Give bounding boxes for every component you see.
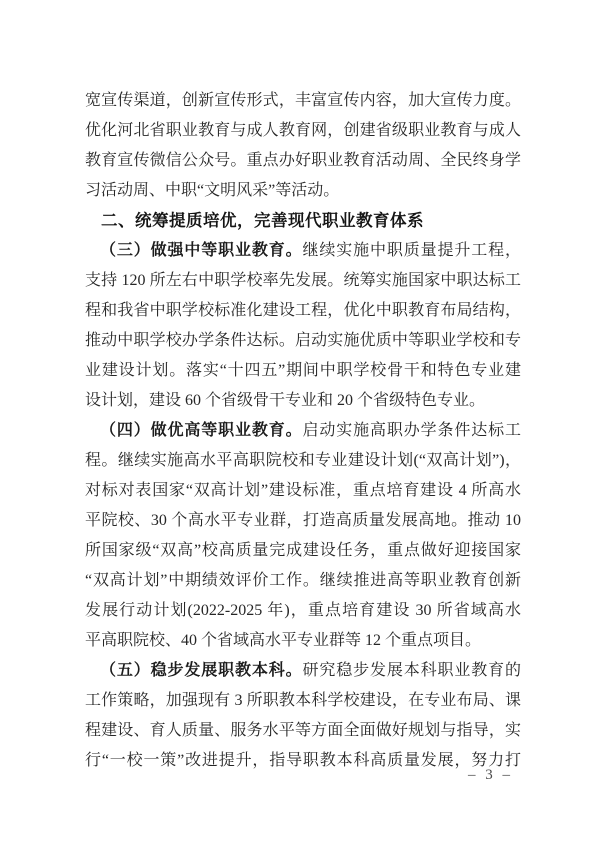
text-line: （五）稳步发展职教本科。研究稳步发展本科职业教育的 [85, 656, 521, 686]
page-number: – 3 – [468, 765, 513, 785]
text-segment: 程。继续实施高水平高职院校和专业建设计划(“双高计划”)， [85, 452, 521, 469]
paragraph-lead: （三）做强中等职业教育。 [100, 242, 303, 259]
text-segment: 推动中职学校办学条件达标。启动实施优质中等职业学校和专 [85, 332, 521, 349]
section-heading: 二、统筹提质培优，完善现代职业教育体系 [101, 206, 521, 236]
text-line: 宽宣传渠道，创新宣传形式，丰富宣传内容，加大宣传力度。 [85, 86, 521, 116]
text-segment: 对标对表国家“双高计划”建设标准，重点培育建设 4 所高水 [85, 482, 521, 499]
text-line: 教育宣传微信公众号。重点办好职业教育活动周、全民终身学 [85, 146, 521, 176]
text-line: （四）做优高等职业教育。启动实施高职办学条件达标工 [85, 416, 521, 446]
document-body: 宽宣传渠道，创新宣传形式，丰富宣传内容，加大宣传力度。优化河北省职业教育与成人教… [85, 86, 521, 776]
text-segment: 继续实施中职质量提升工程， [303, 242, 522, 259]
text-segment: 启动实施高职办学条件达标工 [303, 422, 522, 439]
paragraph-lead: （五）稳步发展职教本科。 [100, 662, 303, 679]
text-segment: 发展行动计划(2022-2025 年)，重点培育建设 30 所省域高水 [85, 602, 521, 619]
text-segment: 习活动周、中职“文明风采”等活动。 [85, 182, 339, 199]
text-line: 对标对表国家“双高计划”建设标准，重点培育建设 4 所高水 [85, 476, 521, 506]
text-segment: 教育宣传微信公众号。重点办好职业教育活动周、全民终身学 [85, 152, 521, 169]
text-line: 程。继续实施高水平高职院校和专业建设计划(“双高计划”)， [85, 446, 521, 476]
text-line: 发展行动计划(2022-2025 年)，重点培育建设 30 所省域高水 [85, 596, 521, 626]
text-segment: 程建设、育人质量、服务水平等方面全面做好规划与指导，实 [85, 722, 521, 739]
text-line: 程和我省中职学校标准化建设工程，优化中职教育布局结构， [85, 296, 521, 326]
text-line: 设计划，建设 60 个省级骨干专业和 20 个省级特色专业。 [85, 386, 521, 416]
text-line: 平高职院校、40 个省域高水平专业群等 12 个重点项目。 [85, 626, 521, 656]
text-line: （三）做强中等职业教育。继续实施中职质量提升工程， [85, 236, 521, 266]
text-line: 业建设计划。落实“十四五”期间中职学校骨干和特色专业建 [85, 356, 521, 386]
text-segment: 所国家级“双高”校高质量完成建设任务，重点做好迎接国家 [85, 542, 521, 559]
document-page: 宽宣传渠道，创新宣传形式，丰富宣传内容，加大宣传力度。优化河北省职业教育与成人教… [0, 0, 600, 848]
text-segment: 平院校、30 个高水平专业群，打造高质量发展高地。推动 10 [85, 512, 521, 529]
text-segment: 行“一校一策”改进提升，指导职教本科高质量发展，努力打 [85, 752, 521, 769]
text-segment: 优化河北省职业教育与成人教育网，创建省级职业教育与成人 [85, 122, 521, 139]
text-segment: 支持 120 所左右中职学校率先发展。统筹实施国家中职达标工 [85, 272, 521, 289]
text-line: 优化河北省职业教育与成人教育网，创建省级职业教育与成人 [85, 116, 521, 146]
paragraph-lead: （四）做优高等职业教育。 [100, 422, 303, 439]
text-segment: 宽宣传渠道，创新宣传形式，丰富宣传内容，加大宣传力度。 [85, 92, 521, 109]
text-line: “双高计划”中期绩效评价工作。继续推进高等职业教育创新 [85, 566, 521, 596]
text-segment: 业建设计划。落实“十四五”期间中职学校骨干和特色专业建 [85, 362, 521, 379]
text-segment: 平高职院校、40 个省域高水平专业群等 12 个重点项目。 [85, 632, 481, 649]
text-line: 推动中职学校办学条件达标。启动实施优质中等职业学校和专 [85, 326, 521, 356]
text-segment: 设计划，建设 60 个省级骨干专业和 20 个省级特色专业。 [85, 392, 485, 409]
text-segment: 研究稳步发展本科职业教育的 [303, 662, 522, 679]
text-line: 程建设、育人质量、服务水平等方面全面做好规划与指导，实 [85, 716, 521, 746]
text-line: 所国家级“双高”校高质量完成建设任务，重点做好迎接国家 [85, 536, 521, 566]
text-line: 平院校、30 个高水平专业群，打造高质量发展高地。推动 10 [85, 506, 521, 536]
text-segment: 工作策略，加强现有 3 所职教本科学校建设，在专业布局、课 [85, 692, 521, 709]
text-line: 工作策略，加强现有 3 所职教本科学校建设，在专业布局、课 [85, 686, 521, 716]
text-line: 支持 120 所左右中职学校率先发展。统筹实施国家中职达标工 [85, 266, 521, 296]
text-line: 习活动周、中职“文明风采”等活动。 [85, 176, 521, 206]
text-segment: “双高计划”中期绩效评价工作。继续推进高等职业教育创新 [85, 572, 521, 589]
text-segment: 程和我省中职学校标准化建设工程，优化中职教育布局结构， [85, 302, 521, 319]
text-line: 行“一校一策”改进提升，指导职教本科高质量发展，努力打 [85, 746, 521, 776]
